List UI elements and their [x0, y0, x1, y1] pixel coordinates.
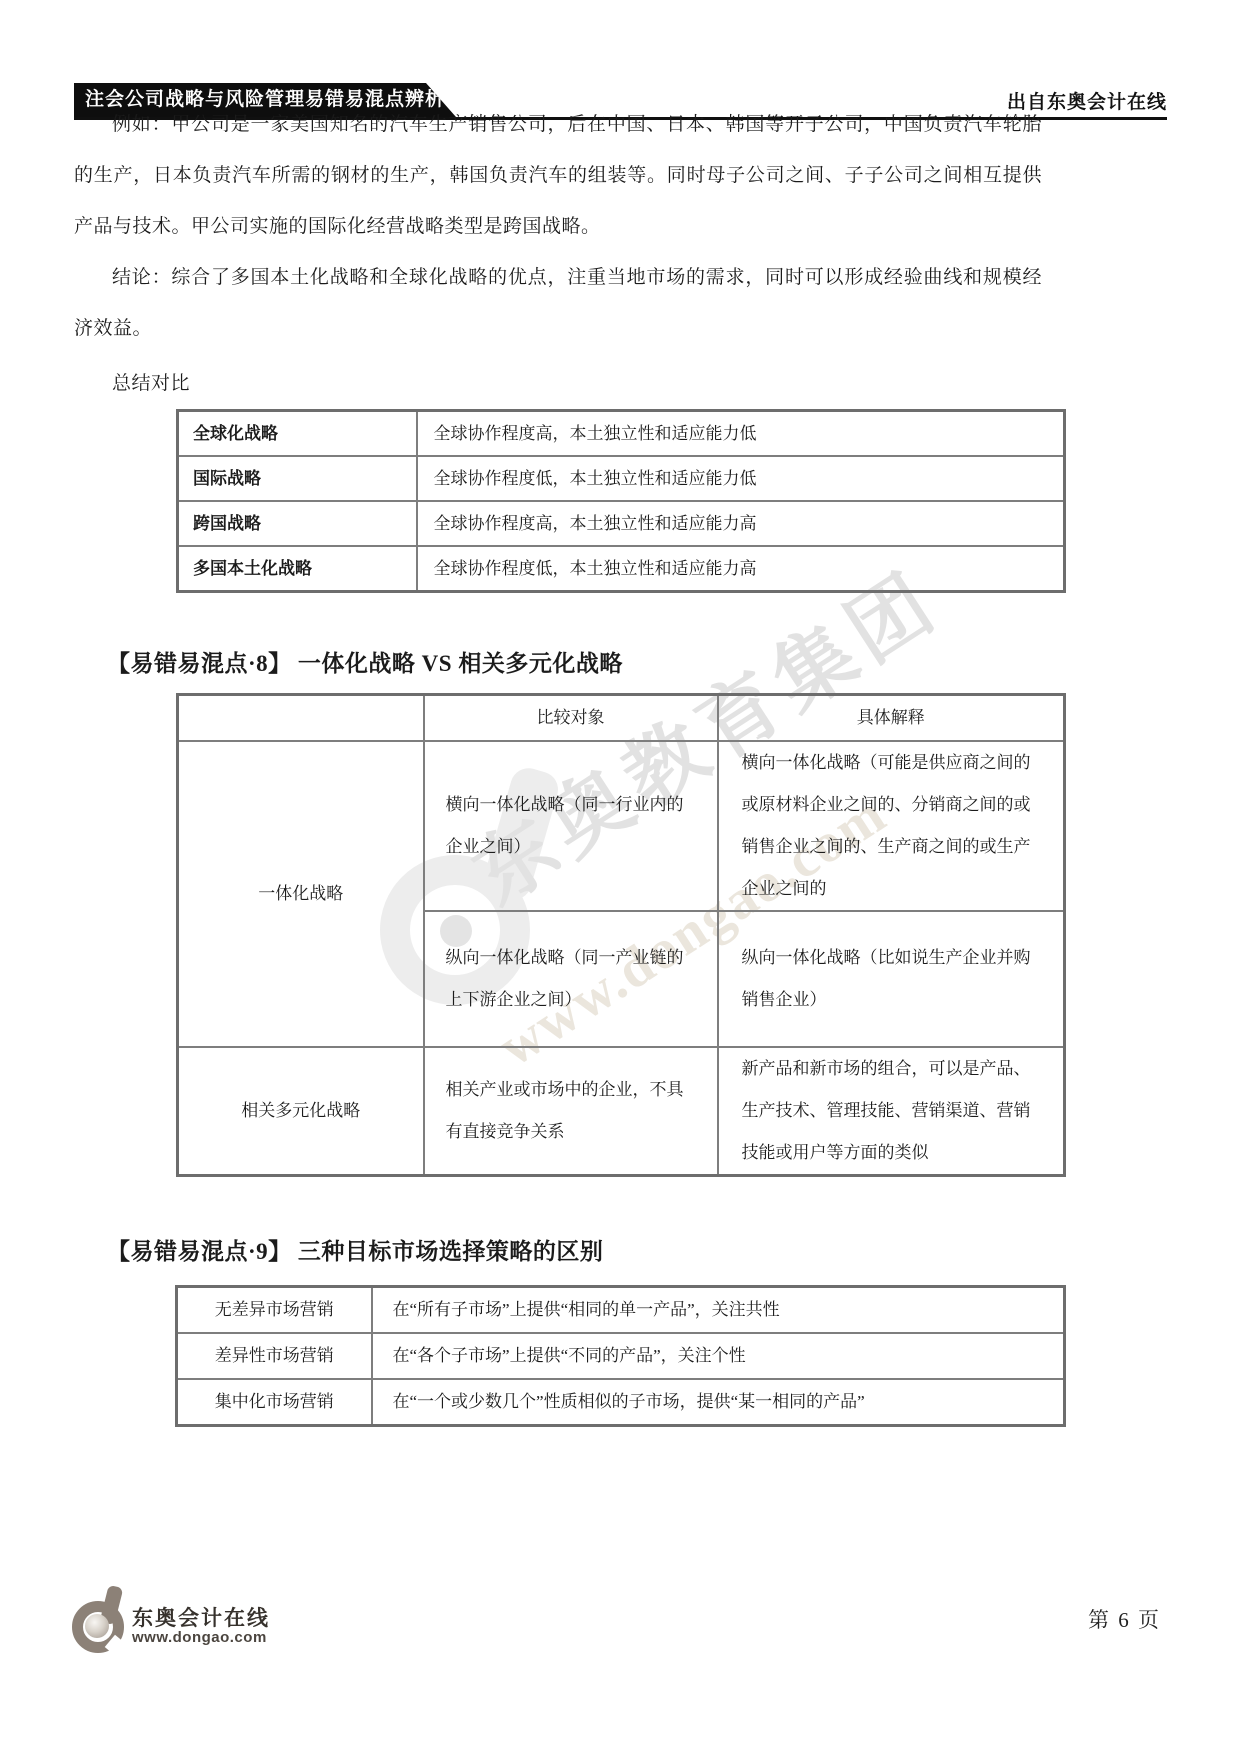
- strategy-name-cell: 国际战略: [178, 456, 417, 501]
- section-9-heading: 【易错易混点·9】 三种目标市场选择策略的区别: [107, 1233, 603, 1266]
- strategy-name-cell: 跨国战略: [178, 501, 417, 546]
- section-8-heading: 【易错易混点·8】 一体化战略 VS 相关多元化战略: [107, 645, 623, 678]
- strategy-name-cell: 多国本土化战略: [178, 546, 417, 592]
- group-label-cell: 一体化战略: [178, 741, 424, 1047]
- table-row: 多国本土化战略 全球协作程度低，本土独立性和适应能力高: [178, 546, 1065, 592]
- explain-header-cell: 具体解释: [718, 695, 1065, 742]
- document-page: 东奥教育集团 www.dongao.com 注会公司战略与风险管理易错易混点辨析…: [0, 0, 1240, 1753]
- strategy-desc-cell: 全球协作程度高，本土独立性和适应能力低: [417, 411, 1065, 457]
- paragraph-conclusion: 结论：综合了多国本土化战略和全球化战略的优点，注重当地市场的需求，同时可以形成经…: [74, 252, 1042, 354]
- table-row: 全球化战略 全球协作程度高，本土独立性和适应能力低: [178, 411, 1065, 457]
- strategy-desc-cell: 全球协作程度高，本土独立性和适应能力高: [417, 501, 1065, 546]
- market-desc-cell: 在“一个或少数几个”性质相似的子市场，提供“某一相同的产品”: [372, 1379, 1065, 1426]
- summary-compare-label: 总结对比: [112, 368, 190, 395]
- explain-cell: 横向一体化战略（可能是供应商之间的或原材料企业之间的、分销商之间的或销售企业之间…: [718, 741, 1065, 911]
- table-row: 跨国战略 全球协作程度高，本土独立性和适应能力高: [178, 501, 1065, 546]
- explain-cell: 新产品和新市场的组合，可以是产品、生产技术、管理技能、营销渠道、营销技能或用户等…: [718, 1047, 1065, 1176]
- table-header-row: 比较对象 具体解释: [178, 695, 1065, 742]
- table-row: 相关多元化战略 相关产业或市场中的企业，不具有直接竞争关系 新产品和新市场的组合…: [178, 1047, 1065, 1176]
- paragraph-example: 例如：甲公司是一家美国知名的汽车生产销售公司，后在中国、日本、韩国等开子公司，中…: [74, 99, 1042, 252]
- compare-header-cell: 比较对象: [424, 695, 718, 742]
- table-row: 差异性市场营销 在“各个子市场”上提供“不同的产品”，关注个性: [177, 1333, 1065, 1379]
- table-row: 无差异市场营销 在“所有子市场”上提供“相同的单一产品”，关注共性: [177, 1287, 1065, 1334]
- market-desc-cell: 在“所有子市场”上提供“相同的单一产品”，关注共性: [372, 1287, 1065, 1334]
- market-name-cell: 差异性市场营销: [177, 1333, 372, 1379]
- explain-cell: 纵向一体化战略（比如说生产企业并购销售企业）: [718, 911, 1065, 1047]
- market-name-cell: 无差异市场营销: [177, 1287, 372, 1334]
- footer-brand: 东奥会计在线: [132, 1602, 270, 1632]
- market-desc-cell: 在“各个子市场”上提供“不同的产品”，关注个性: [372, 1333, 1065, 1379]
- compare-cell: 纵向一体化战略（同一产业链的上下游企业之间）: [424, 911, 718, 1047]
- table-row: 集中化市场营销 在“一个或少数几个”性质相似的子市场，提供“某一相同的产品”: [177, 1379, 1065, 1426]
- strategy-name-cell: 全球化战略: [178, 411, 417, 457]
- page-number: 第 6 页: [1088, 1604, 1161, 1634]
- compare-cell: 横向一体化战略（同一行业内的企业之间）: [424, 741, 718, 911]
- integration-vs-diversification-table: 比较对象 具体解释 一体化战略 横向一体化战略（同一行业内的企业之间） 横向一体…: [176, 693, 1066, 1177]
- strategy-desc-cell: 全球协作程度低，本土独立性和适应能力低: [417, 456, 1065, 501]
- dongao-logo-pearl-icon: [85, 1614, 109, 1638]
- compare-cell: 相关产业或市场中的企业，不具有直接竞争关系: [424, 1047, 718, 1176]
- footer-url: www.dongao.com: [132, 1629, 267, 1646]
- table-row: 国际战略 全球协作程度低，本土独立性和适应能力低: [178, 456, 1065, 501]
- empty-header-cell: [178, 695, 424, 742]
- market-name-cell: 集中化市场营销: [177, 1379, 372, 1426]
- table-row: 一体化战略 横向一体化战略（同一行业内的企业之间） 横向一体化战略（可能是供应商…: [178, 741, 1065, 911]
- group-label-cell: 相关多元化战略: [178, 1047, 424, 1176]
- target-market-table: 无差异市场营销 在“所有子市场”上提供“相同的单一产品”，关注共性 差异性市场营…: [175, 1285, 1066, 1427]
- strategy-desc-cell: 全球协作程度低，本土独立性和适应能力高: [417, 546, 1065, 592]
- summary-table: 全球化战略 全球协作程度高，本土独立性和适应能力低 国际战略 全球协作程度低，本…: [176, 409, 1066, 593]
